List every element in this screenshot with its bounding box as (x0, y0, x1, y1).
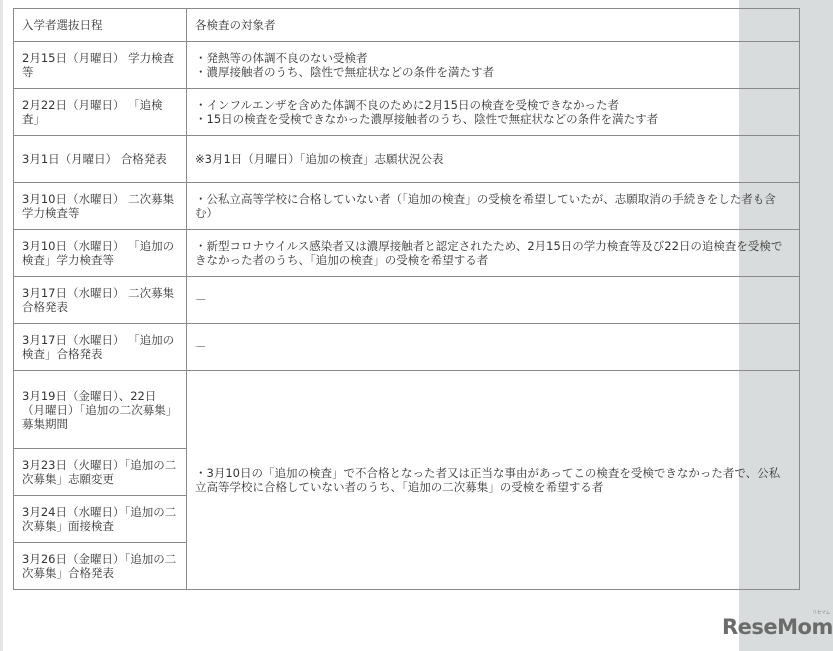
table-row: 3月1日（月曜日） 合格発表 ※3月1日（月曜日）「追加の検査」志願状況公表 (14, 136, 800, 183)
table-row: 3月17日（水曜日） 二次募集合格発表 － (14, 277, 800, 324)
table-row: 2月15日（月曜日） 学力検査等 ・発熱等の体調不良のない受検者 ・濃厚接触者の… (14, 42, 800, 89)
row-date: 3月26日（金曜日）「追加の二次募集」合格発表 (14, 543, 187, 590)
row-target: ・公私立高等学校に合格していない者（「追加の検査」の受検を希望していたが、志願取… (187, 183, 800, 230)
logo-ruby: リセマム (812, 609, 830, 616)
resemom-watermark-logo: ReseMom リセマム (722, 615, 833, 639)
table-row: 3月17日（水曜日） 「追加の検査」合格発表 － (14, 324, 800, 371)
target-dash: － (195, 340, 791, 354)
row-date: 3月17日（水曜日） 二次募集合格発表 (14, 277, 187, 324)
logo-text: ReseMom (722, 615, 833, 639)
exam-schedule-table: 入学者選抜日程 各検査の対象者 2月15日（月曜日） 学力検査等 ・発熱等の体調… (13, 8, 800, 590)
row-target: － (187, 324, 800, 371)
row-date: 3月1日（月曜日） 合格発表 (14, 136, 187, 183)
target-line: ・濃厚接触者のうち、陰性で無症状などの条件を満たす者 (195, 65, 791, 79)
merged-target-cell: ・3月10日の「追加の検査」で不合格となった者又は正当な事由があってこの検査を受… (187, 371, 800, 590)
left-page-edge (0, 0, 3, 651)
row-target: ・発熱等の体調不良のない受検者 ・濃厚接触者のうち、陰性で無症状などの条件を満た… (187, 42, 800, 89)
target-line: ・3月10日の「追加の検査」で不合格となった者又は正当な事由があってこの検査を受… (195, 466, 791, 494)
target-dash: － (195, 293, 791, 307)
row-date: 3月23日（火曜日）「追加の二次募集」志願変更 (14, 449, 187, 496)
table-row: 3月19日（金曜日）、22日（月曜日）「追加の二次募集」募集期間 ・3月10日の… (14, 371, 800, 449)
target-line: ・インフルエンザを含めた体調不良のために2月15日の検査を受検できなかった者 (195, 98, 791, 112)
header-schedule: 入学者選抜日程 (14, 9, 187, 42)
row-target: ・インフルエンザを含めた体調不良のために2月15日の検査を受検できなかった者 ・… (187, 89, 800, 136)
target-line: ・発熱等の体調不良のない受検者 (195, 51, 791, 65)
row-date: 2月15日（月曜日） 学力検査等 (14, 42, 187, 89)
table-row: 2月22日（月曜日） 「追検査」 ・インフルエンザを含めた体調不良のために2月1… (14, 89, 800, 136)
row-date: 3月10日（水曜日） 「追加の検査」学力検査等 (14, 230, 187, 277)
table-row: 3月10日（水曜日） 二次募集学力検査等 ・公私立高等学校に合格していない者（「… (14, 183, 800, 230)
table-header-row: 入学者選抜日程 各検査の対象者 (14, 9, 800, 42)
row-date: 3月10日（水曜日） 二次募集学力検査等 (14, 183, 187, 230)
target-line: ※3月1日（月曜日）「追加の検査」志願状況公表 (195, 152, 791, 166)
row-target: － (187, 277, 800, 324)
row-date: 3月19日（金曜日）、22日（月曜日）「追加の二次募集」募集期間 (14, 371, 187, 449)
header-target: 各検査の対象者 (187, 9, 800, 42)
row-target: ・新型コロナウイルス感染者又は濃厚接触者と認定されたため、2月15日の学力検査等… (187, 230, 800, 277)
target-line: ・公私立高等学校に合格していない者（「追加の検査」の受検を希望していたが、志願取… (195, 192, 791, 220)
table-row: 3月10日（水曜日） 「追加の検査」学力検査等 ・新型コロナウイルス感染者又は濃… (14, 230, 800, 277)
row-date: 3月17日（水曜日） 「追加の検査」合格発表 (14, 324, 187, 371)
row-target: ※3月1日（月曜日）「追加の検査」志願状況公表 (187, 136, 800, 183)
target-line: ・新型コロナウイルス感染者又は濃厚接触者と認定されたため、2月15日の学力検査等… (195, 239, 791, 267)
target-line: ・15日の検査を受検できなかった濃厚接触者のうち、陰性で無症状などの条件を満たす… (195, 112, 791, 126)
row-date: 2月22日（月曜日） 「追検査」 (14, 89, 187, 136)
row-date: 3月24日（水曜日）「追加の二次募集」面接検査 (14, 496, 187, 543)
